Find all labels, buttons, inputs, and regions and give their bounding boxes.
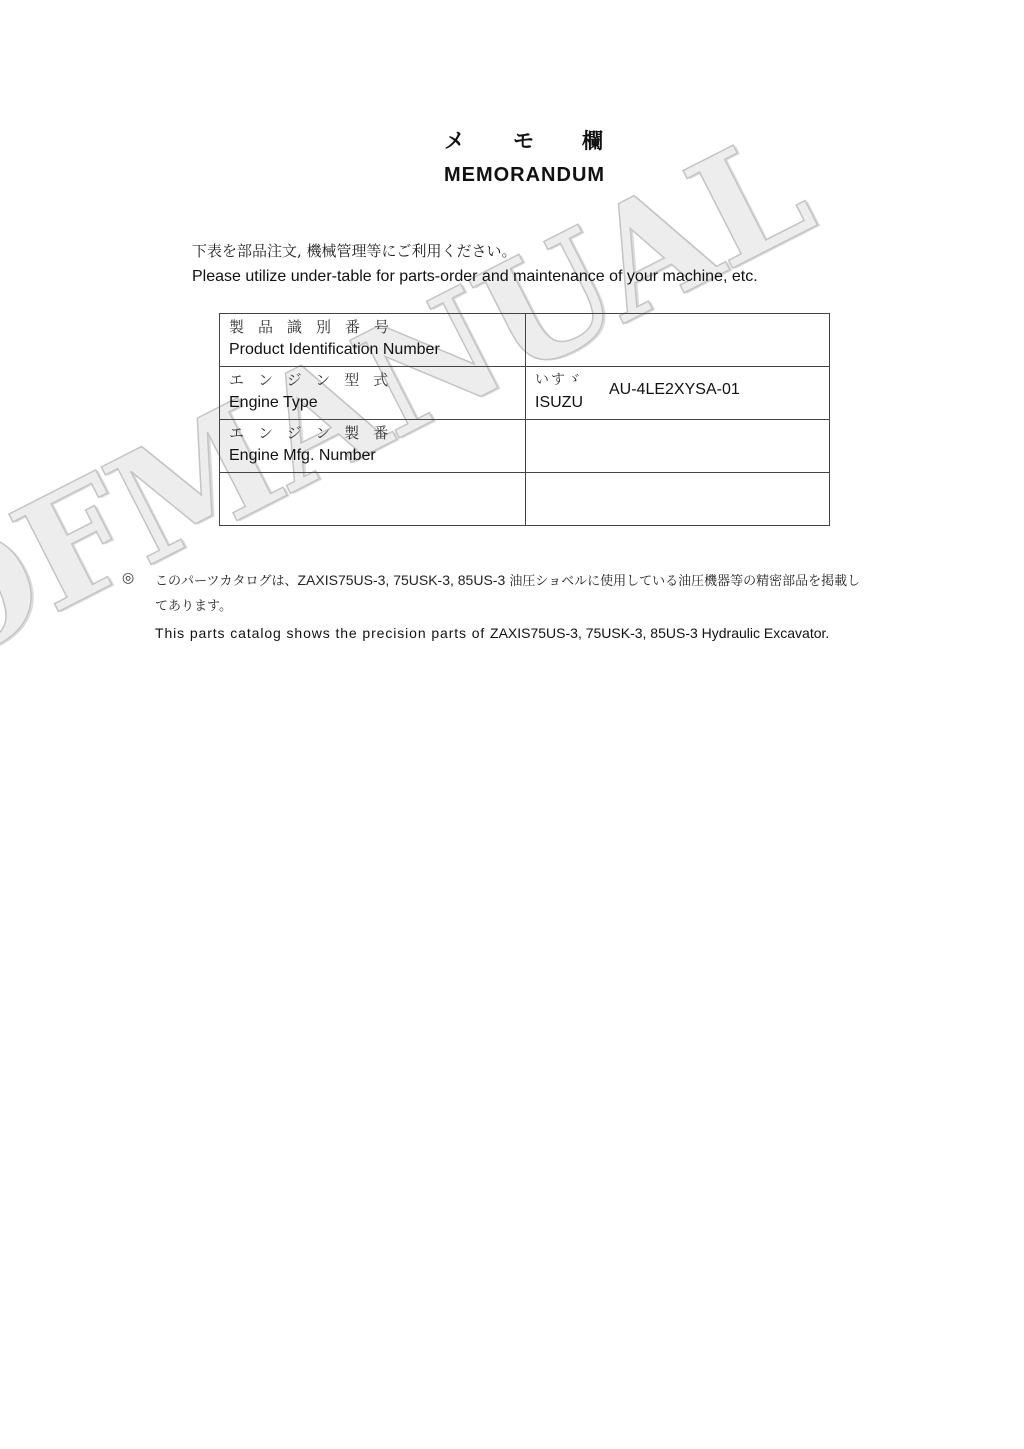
label-cell: エンジン型式 Engine Type	[220, 367, 526, 420]
engine-model: AU-4LE2XYSA-01	[609, 381, 740, 399]
catalog-note: ◎ このパーツカタログは、ZAXIS75US-3, 75USK-3, 85US-…	[122, 568, 942, 645]
page-title-jp: メモ欄	[0, 125, 1024, 155]
engine-mfg-value-cell[interactable]	[526, 420, 830, 473]
label-en: Engine Mfg. Number	[229, 444, 516, 468]
blank-value-cell[interactable]	[526, 473, 830, 526]
label-cell: 製品識別番号 Product Identification Number	[220, 314, 526, 367]
intro-text-jp: 下表を部品注文, 機械管理等にご利用ください。	[192, 238, 758, 264]
label-en: Engine Type	[229, 391, 516, 415]
intro: 下表を部品注文, 機械管理等にご利用ください。 Please utilize u…	[192, 238, 758, 290]
label-cell: エンジン製番 Engine Mfg. Number	[220, 420, 526, 473]
table-row	[220, 473, 830, 526]
note-jp-pre: このパーツカタログは、	[155, 574, 297, 589]
product-id-value-cell[interactable]	[526, 314, 830, 367]
note-jp-line-1: このパーツカタログは、ZAXIS75US-3, 75USK-3, 85US-3 …	[155, 568, 942, 594]
double-circle-icon: ◎	[122, 569, 134, 586]
table-row: エンジン型式 Engine Type いすゞ ISUZU AU-4LE2XYSA…	[220, 367, 830, 420]
label-en: Product Identification Number	[229, 338, 516, 362]
label-jp: エンジン型式	[229, 369, 516, 391]
note-en-line: This parts catalog shows the precision p…	[155, 621, 942, 645]
engine-maker-jp: いすゞ	[535, 369, 605, 391]
intro-text-en: Please utilize under-table for parts-ord…	[192, 264, 758, 290]
note-jp-line-2: てあります。	[155, 594, 942, 619]
engine-maker: いすゞ ISUZU	[535, 369, 605, 415]
blank-label-cell[interactable]	[220, 473, 526, 526]
engine-maker-en: ISUZU	[535, 391, 605, 415]
note-models: ZAXIS75US-3, 75USK-3, 85US-3	[297, 572, 505, 588]
memo-table: 製品識別番号 Product Identification Number エンジ…	[219, 313, 830, 526]
page-title: MEMORANDUM	[0, 164, 1024, 187]
note-en-pre: This parts catalog shows the precision p…	[155, 625, 490, 641]
title-jp-char: モ	[513, 125, 536, 155]
table-row: エンジン製番 Engine Mfg. Number	[220, 420, 830, 473]
note-en-tail: ZAXIS75US-3, 75USK-3, 85US-3 Hydraulic E…	[490, 625, 829, 641]
title-jp-char: 欄	[582, 125, 605, 155]
label-jp: 製品識別番号	[229, 316, 516, 338]
engine-type-value-cell[interactable]: いすゞ ISUZU AU-4LE2XYSA-01	[526, 367, 830, 420]
note-jp-post: 油圧ショベルに使用している油圧機器等の精密部品を掲載し	[505, 574, 860, 589]
title-jp-char: メ	[444, 125, 467, 155]
table-row: 製品識別番号 Product Identification Number	[220, 314, 830, 367]
label-jp: エンジン製番	[229, 422, 516, 444]
